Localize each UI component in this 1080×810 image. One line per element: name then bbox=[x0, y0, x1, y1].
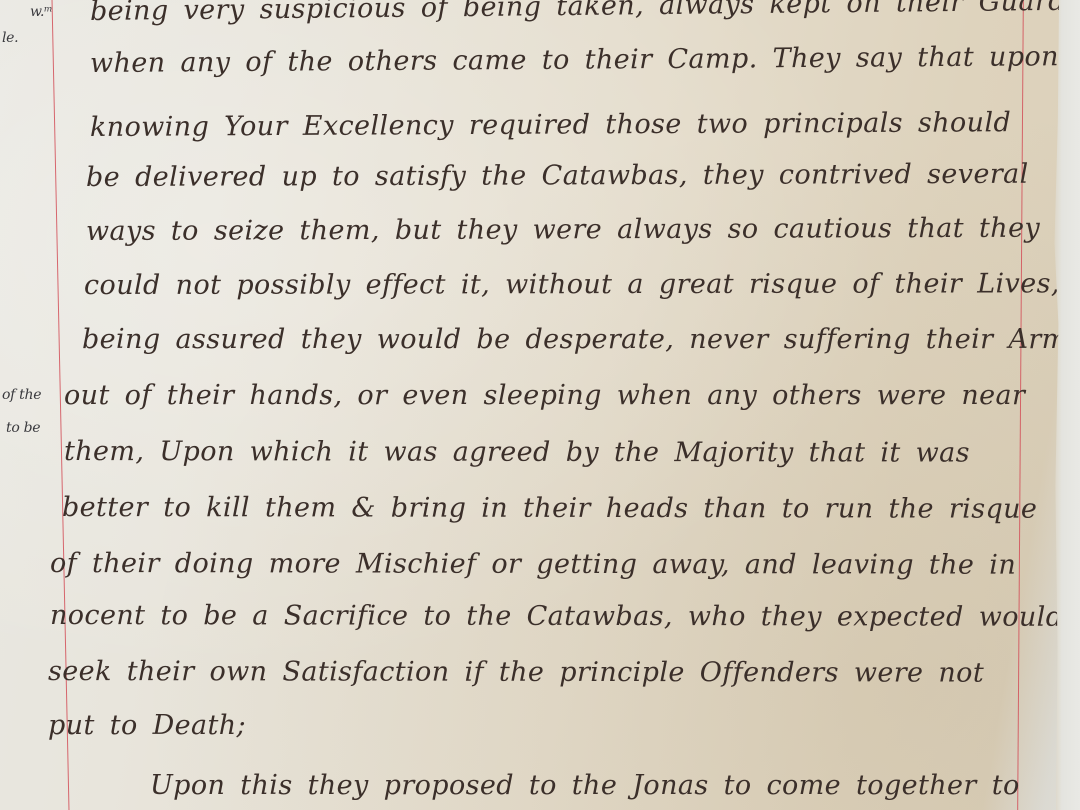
manuscript-line: put to Death; bbox=[48, 710, 246, 741]
manuscript-line: of their doing more Mischief or getting … bbox=[50, 548, 1016, 581]
manuscript-line: nocent to be a Sacrifice to the Catawbas… bbox=[50, 600, 1063, 633]
manuscript-line: being assured they would be desperate, n… bbox=[82, 324, 1080, 355]
manuscript-line: them, Upon which it was agreed by the Ma… bbox=[64, 436, 970, 469]
manuscript-line: better to kill them & bring in their hea… bbox=[62, 492, 1037, 525]
torn-page-edge bbox=[1050, 0, 1080, 810]
manuscript-line: seek their own Satisfaction if the princ… bbox=[48, 656, 984, 689]
manuscript-body: being very suspicious of being taken, al… bbox=[50, 0, 1030, 810]
margin-note: of the bbox=[2, 387, 41, 403]
manuscript-line: be delivered up to satisfy the Catawbas,… bbox=[86, 159, 1029, 193]
manuscript-photo: w.ᵐ le. of the to be being very suspicio… bbox=[0, 0, 1080, 810]
manuscript-line: could not possibly effect it, without a … bbox=[84, 268, 1060, 301]
manuscript-line: knowing Your Excellency required those t… bbox=[90, 107, 1011, 143]
manuscript-line: ways to seize them, but they were always… bbox=[86, 213, 1040, 247]
margin-note: le. bbox=[2, 30, 18, 46]
manuscript-line: being very suspicious of being taken, al… bbox=[90, 0, 1075, 27]
manuscript-line: when any of the others came to their Cam… bbox=[90, 41, 1059, 79]
manuscript-line: Upon this they proposed to the Jonas to … bbox=[150, 770, 1020, 801]
manuscript-line: out of their hands, or even sleeping whe… bbox=[64, 380, 1025, 411]
margin-note: to be bbox=[6, 420, 40, 436]
